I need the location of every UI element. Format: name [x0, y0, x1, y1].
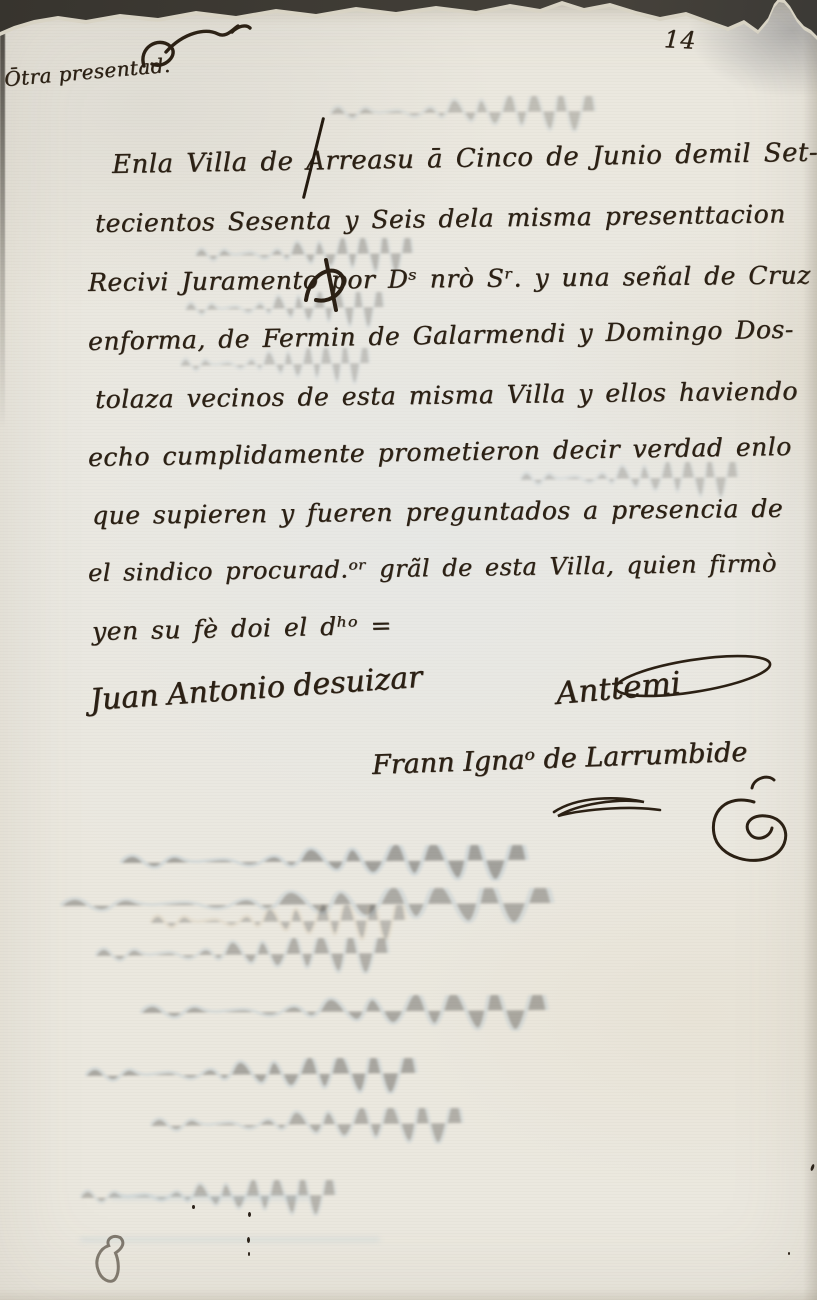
ink-speck — [248, 1252, 250, 1256]
body-line-2: tecientos Sesenta y Seis dela misma pres… — [95, 199, 786, 238]
body-line-1: Enla Villa de Arreasu ā Cinco de Junio d… — [112, 138, 817, 180]
bleed-through-line — [120, 845, 550, 881]
body-line-7: que supieren y fueren preguntados a pres… — [92, 494, 783, 530]
ink-speck — [248, 1212, 251, 1217]
body-line-8: el sindico procurad.ᵒʳ grãl de esta Vill… — [88, 549, 777, 587]
bleed-through-line — [140, 995, 570, 1031]
bleed-through-streak — [80, 1238, 380, 1241]
body-line-3: Recivi Juramento por Dˢ nrò Sʳ. y una se… — [88, 260, 811, 297]
signature-larrumbide: Frann Ignaᵒ de Larrumbide — [371, 737, 747, 781]
larrumbide-underline-flourish — [548, 788, 668, 824]
body-line-4: enforma, de Fermin de Galarmendi y Domin… — [88, 315, 794, 356]
margin-note: Ōtra presentad. — [3, 53, 171, 91]
folio-number: 14 — [663, 25, 697, 55]
bleed-through-line — [330, 96, 610, 132]
ink-smudge — [75, 1227, 142, 1294]
bleed-through-line — [95, 938, 405, 974]
ink-speck — [788, 1252, 790, 1255]
bleed-through-line — [150, 1108, 480, 1144]
manuscript-photo: 14 Ōtra presentad. Enla Villa de Arreasu… — [0, 0, 817, 1300]
bleed-through-line — [520, 462, 750, 498]
signature-juan-antonio: Juan Antonio desuizar — [89, 660, 424, 718]
ante-mi-label: Anttemi — [554, 665, 682, 712]
manuscript-page: 14 Ōtra presentad. Enla Villa de Arreasu… — [0, 0, 817, 1300]
bleed-through-streak — [110, 1196, 310, 1199]
body-line-9: yen su fè doi el dʰᵒ = — [92, 611, 392, 646]
ink-speck — [192, 1205, 195, 1209]
bleed-through-line — [85, 1058, 435, 1094]
ink-speck — [810, 1164, 815, 1172]
ink-speck — [247, 1237, 250, 1243]
notary-rubric-paraph — [702, 772, 802, 872]
bleed-through-line — [150, 905, 420, 941]
bleed-through-line — [60, 888, 580, 924]
body-line-6: echo cumplidamente prometieron decir ver… — [88, 432, 792, 472]
body-line-5: tolaza vecinos de esta misma Villa y ell… — [95, 376, 798, 414]
bleed-through-line — [80, 1180, 350, 1216]
